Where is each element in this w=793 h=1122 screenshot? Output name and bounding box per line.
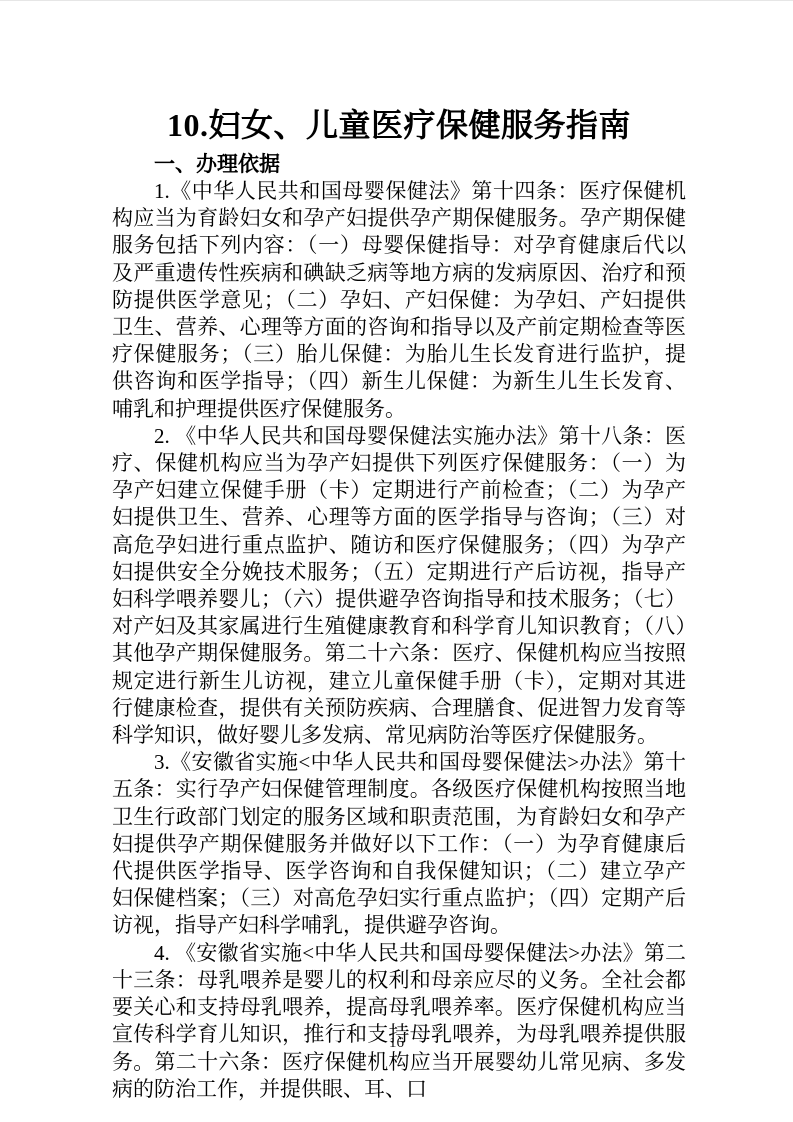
paragraph-law-2: 2. 《中华人民共和国母婴保健法实施办法》第十八条：医疗、保健机构应当为孕产妇提… <box>112 423 686 749</box>
paragraph-law-1: 1.《中华人民共和国母婴保健法》第十四条：医疗保健机构应当为育龄妇女和孕产妇提供… <box>112 178 686 423</box>
paragraph-law-3: 3.《安徽省实施<中华人民共和国母婴保健法>办法》第十五条：实行孕产妇保健管理制… <box>112 749 686 939</box>
document-title: 10.妇女、儿童医疗保健服务指南 <box>112 102 686 148</box>
paragraph-law-4: 4. 《安徽省实施<中华人民共和国母婴保健法>办法》第二十三条：母乳喂养是婴儿的… <box>112 940 686 1103</box>
body-text: 1.《中华人民共和国母婴保健法》第十四条：医疗保健机构应当为育龄妇女和孕产妇提供… <box>112 178 686 1103</box>
document-page: 10.妇女、儿童医疗保健服务指南 一、办理依据 1.《中华人民共和国母婴保健法》… <box>0 0 793 1122</box>
page-content: 10.妇女、儿童医疗保健服务指南 一、办理依据 1.《中华人民共和国母婴保健法》… <box>112 1 686 1103</box>
page-number: 16 <box>0 1035 793 1052</box>
section-heading-basis: 一、办理依据 <box>112 151 686 178</box>
